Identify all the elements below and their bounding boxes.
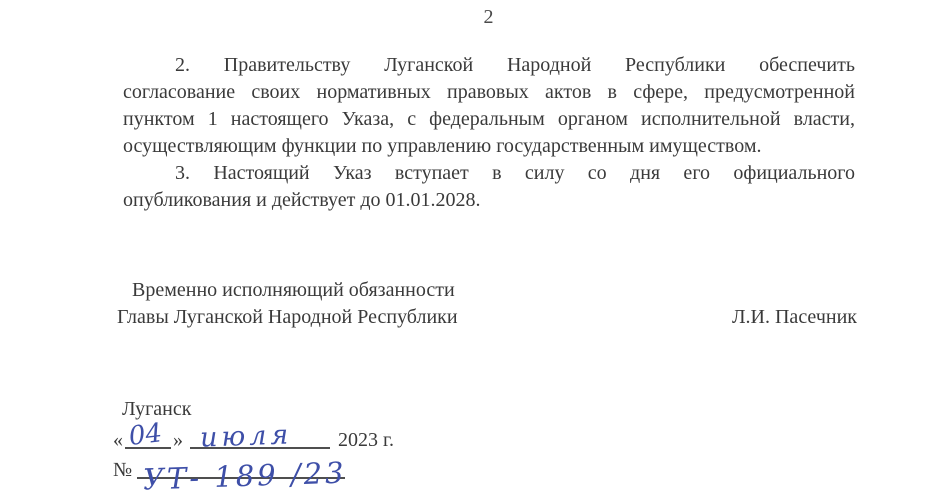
body-paragraph-2-line-4: осуществляющим функции по управлению гос… xyxy=(123,133,855,160)
signature-title-line1: Временно исполняющий обязанности xyxy=(117,277,857,304)
year-label: 2023 г. xyxy=(338,429,394,451)
signature-row: Главы Луганской Народной Республики Л.И.… xyxy=(117,304,857,331)
open-quote: « xyxy=(113,429,123,451)
signature-block: Временно исполняющий обязанности Главы Л… xyxy=(117,277,857,331)
body-paragraph-3-line-1: 3. Настоящий Указ вступает в силу со дня… xyxy=(123,160,855,187)
month-blank-line: июля xyxy=(190,429,330,449)
signatory-name: Л.И. Пасечник xyxy=(732,304,857,331)
body-paragraph-2-line-3: пунктом 1 настоящего Указа, с федеральны… xyxy=(123,106,855,133)
footer-block: Луганск «04»июля2023 г. №УТ- 189 /23 xyxy=(113,396,394,484)
city-name: Луганск xyxy=(113,396,394,423)
body-paragraph-3-line-2: опубликования и действует до 01.01.2028. xyxy=(123,187,855,214)
date-line: «04»июля2023 г. xyxy=(113,427,394,454)
close-quote: » xyxy=(173,429,183,451)
handwritten-month: июля xyxy=(200,421,293,451)
page-number: 2 xyxy=(122,6,855,29)
number-line: №УТ- 189 /23 xyxy=(113,457,394,484)
handwritten-day: 04 xyxy=(127,420,163,451)
body-paragraph-2-line-2: согласование своих нормативных правовых … xyxy=(123,79,855,106)
number-sign: № xyxy=(113,459,132,481)
document-page: 2 2. Правительству Луганской Народной Ре… xyxy=(0,0,935,500)
body-paragraph-2-line-1: 2. Правительству Луганской Народной Респ… xyxy=(123,52,855,79)
decree-body: 2. Правительству Луганской Народной Респ… xyxy=(123,52,855,214)
handwritten-number: УТ- 189 /23 xyxy=(143,459,347,493)
signature-title-line2: Главы Луганской Народной Республики xyxy=(117,304,458,331)
day-blank-line: 04 xyxy=(125,429,171,449)
number-blank-line: УТ- 189 /23 xyxy=(137,459,345,479)
